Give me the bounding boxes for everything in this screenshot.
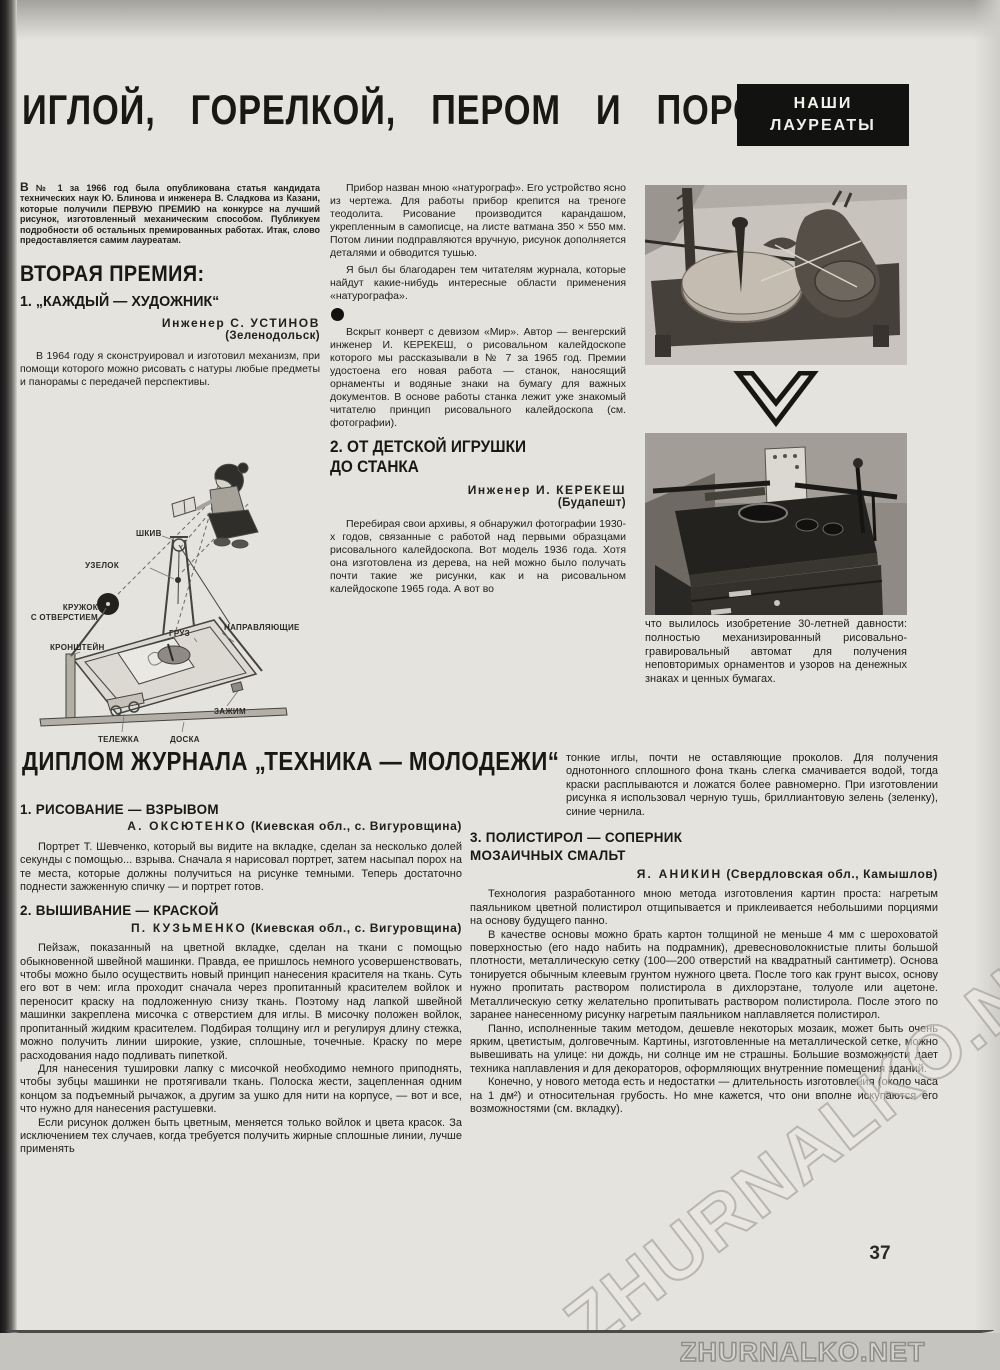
sec2-byline: П. КУЗЬМЕНКО (Киевская обл., с. Вигуровщ…: [20, 922, 462, 935]
sec1-title: 1. РИСОВАНИЕ — ВЗРЫВОМ: [20, 803, 444, 816]
sitting-girl-figure: [172, 463, 258, 548]
item2-title-line1: 2. ОТ ДЕТСКОЙ ИГРУШКИ: [330, 438, 605, 458]
middle-paragraph-1: Прибор назван мною «натурограф». Его уст…: [330, 182, 626, 260]
photo-engraving-machine-1965: [645, 433, 907, 615]
item2-byline: Инженер И. КЕРЕКЕШ: [330, 484, 626, 497]
scan-right-edge: [974, 0, 1000, 1370]
magazine-page-scan: ИГЛОЙ, ГОРЕЛКОЙ, ПЕРОМ И ПОРОХОМ! НАШИ Л…: [0, 0, 1000, 1370]
diagram-label-uzelok: УЗЕЛОК: [85, 561, 119, 570]
naturograph-diagram-drawing: ШКИВ УЗЕЛОК КРУЖОК С ОТВЕРСТИЕМ КРОНШТЕЙ…: [22, 452, 330, 748]
bottom-left-column: 1. РИСОВАНИЕ — ВЗРЫВОМ А. ОКСЮТЕНКО (Кие…: [20, 793, 462, 1157]
sec3-paragraph-1: Технология разработанного мною метода из…: [470, 888, 938, 928]
page-title: ИГЛОЙ, ГОРЕЛКОЙ, ПЕРОМ И ПОРОХОМ!: [22, 86, 852, 134]
arrow-between-photos: [645, 371, 907, 427]
diagram-label-kruzhok-1: КРУЖОК: [63, 603, 98, 612]
diagram-label-shkiv: ШКИВ: [136, 529, 162, 538]
watermark-corner: ZHURNALKO.NET: [680, 1337, 925, 1368]
diagram-label-kruzhok-2: С ОТВЕРСТИЕМ: [31, 613, 98, 622]
badge-line2: ЛАУРЕАТЫ: [770, 115, 876, 137]
sec3-title-line2: МОЗАИЧНЫХ СМАЛЬТ: [470, 847, 919, 865]
editorial-intro: В № 1 за 1966 год была опубликована стат…: [20, 182, 320, 245]
arrow-down-icon: [730, 371, 822, 427]
sec1-paragraph: Портрет Т. Шевченко, который вы видите н…: [20, 841, 462, 895]
sec2-title: 2. ВЫШИВАНИЕ — КРАСКОЙ: [20, 904, 444, 917]
photo-caption: что вылилось изобретение 30-летней давно…: [645, 618, 907, 687]
diagram-label-kronshtein: КРОНШТЕЙН: [50, 643, 105, 652]
middle-paragraph-4: Перебирая свои архивы, я обнаружил фотог…: [330, 518, 626, 596]
heading-wrap-spacer: [470, 752, 566, 808]
laureates-badge: НАШИ ЛАУРЕАТЫ: [737, 84, 909, 146]
sec2-paragraph-3: Если рисунок должен быть цветным, меняет…: [20, 1117, 462, 1157]
sec3-title: 3. ПОЛИСТИРОЛ — СОПЕРНИК МОЗАИЧНЫХ СМАЛЬ…: [470, 829, 919, 864]
column-middle: Прибор назван мною «натурограф». Его уст…: [330, 182, 626, 600]
item1-title: 1. „КАЖДЫЙ — ХУДОЖНИК“: [20, 293, 305, 310]
column-left: В № 1 за 1966 год была опубликована стат…: [20, 182, 320, 393]
sec2-byline-name: П. КУЗЬМЕНКО: [131, 921, 247, 935]
item1-byline: Инженер С. УСТИНОВ: [20, 316, 320, 330]
sec1-byline: А. ОКСЮТЕНКО (Киевская обл., с. Вигуровщ…: [20, 820, 462, 833]
scan-binding-edge: [0, 0, 17, 1370]
badge-line1: НАШИ: [794, 93, 853, 115]
photo-kaleidoscope-1936: [645, 185, 907, 365]
second-prize-heading: ВТОРАЯ ПРЕМИЯ:: [20, 261, 290, 287]
diagram-label-napravlyayushchie: НАПРАВЛЯЮЩИЕ: [224, 623, 300, 632]
sec3-byline-place: (Свердловская обл., Камышлов): [726, 867, 938, 881]
section-bullet-icon: [331, 308, 344, 321]
diagram-label-zazhim: ЗАЖИМ: [214, 707, 246, 716]
item2-title: 2. ОТ ДЕТСКОЙ ИГРУШКИ ДО СТАНКА: [330, 438, 605, 478]
item1-paragraph: В 1964 году я сконструировал и изготовил…: [20, 350, 320, 389]
sec3-paragraph-2: В качестве основы можно брать картон тол…: [470, 929, 938, 1023]
sec2-paragraph-1: Пейзаж, показанный на цветной вкладке, с…: [20, 942, 462, 1063]
middle-paragraph-3: Вскрыт конверт с девизом «Мир». Автор — …: [330, 326, 626, 430]
item2-title-line2: ДО СТАНКА: [330, 458, 605, 478]
diagram-label-gruz: ГРУЗ: [169, 629, 190, 638]
item1-byline-place: (Зеленодольск): [20, 330, 320, 342]
sec3-byline: Я. АНИКИН (Свердловская обл., Камышлов): [470, 868, 938, 881]
middle-paragraph-2: Я был бы благодарен тем читателям журнал…: [330, 264, 626, 303]
sec1-byline-name: А. ОКСЮТЕНКО: [127, 819, 247, 833]
scan-top-edge: [0, 0, 1000, 40]
diagram-label-doska: ДОСКА: [170, 735, 200, 744]
sec3-byline-name: Я. АНИКИН: [637, 867, 723, 881]
photo-column: [645, 185, 907, 615]
sec2-paragraph-2: Для нанесения тушировки лапку с мисочкой…: [20, 1063, 462, 1117]
item2-byline-place: (Будапешт): [330, 497, 626, 510]
diagram-label-telezhka: ТЕЛЕЖКА: [98, 735, 139, 744]
sec2-byline-place: (Киевская обл., с. Вигуровщина): [251, 921, 462, 935]
naturograph-diagram: ШКИВ УЗЕЛОК КРУЖОК С ОТВЕРСТИЕМ КРОНШТЕЙ…: [22, 452, 330, 748]
sec3-title-line1: 3. ПОЛИСТИРОЛ — СОПЕРНИК: [470, 829, 919, 847]
page-number: 37: [845, 1243, 915, 1265]
sec1-byline-place: (Киевская обл., с. Вигуровщина): [251, 819, 462, 833]
